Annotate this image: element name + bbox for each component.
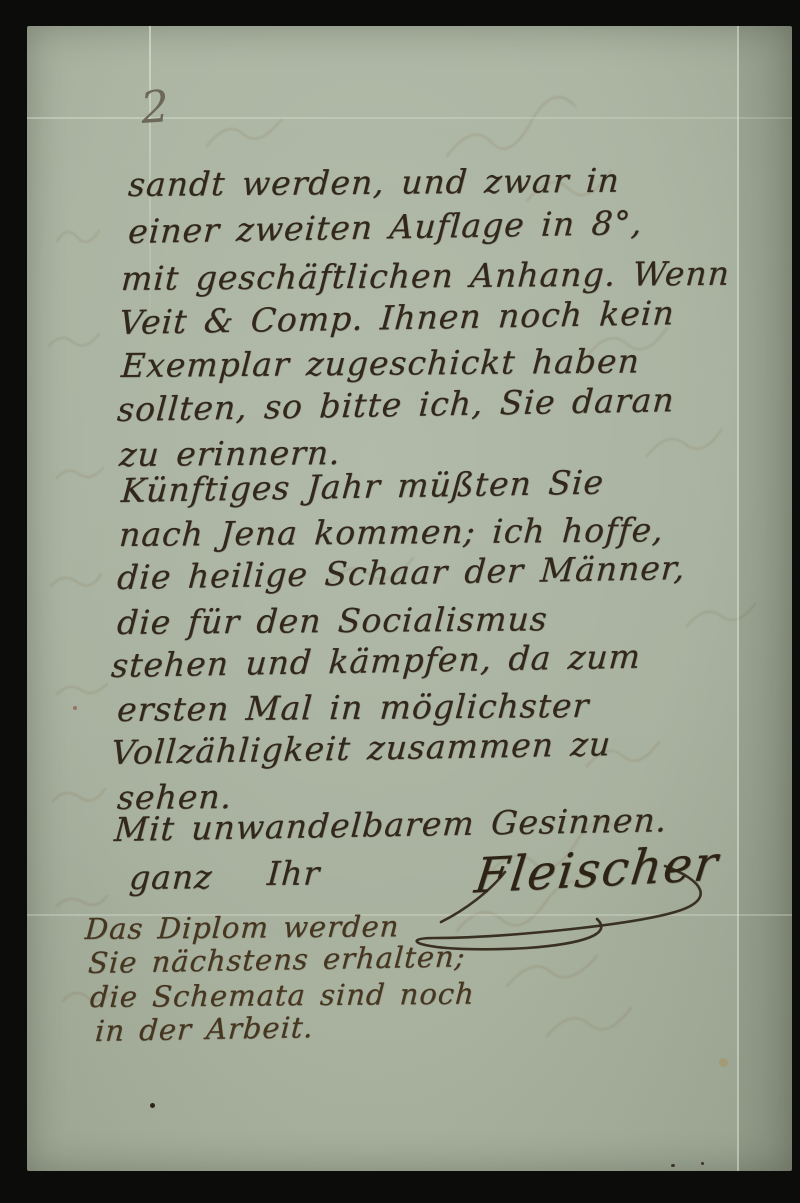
postscript-line: in der Arbeit. <box>94 1010 315 1048</box>
ink-speck <box>150 1103 155 1108</box>
postscript-line: die Schemata sind noch <box>89 977 476 1014</box>
postscript-line: Sie nächstens erhalten; <box>87 939 467 980</box>
scanned-letter-frame: 2 sandt werden, und zwar in einer zweite… <box>0 0 800 1203</box>
stain <box>719 1058 728 1067</box>
ink-speck <box>701 1162 704 1165</box>
red-speck <box>73 706 77 710</box>
ink-speck <box>671 1164 675 1167</box>
letter-page: 2 sandt werden, und zwar in einer zweite… <box>27 26 792 1171</box>
